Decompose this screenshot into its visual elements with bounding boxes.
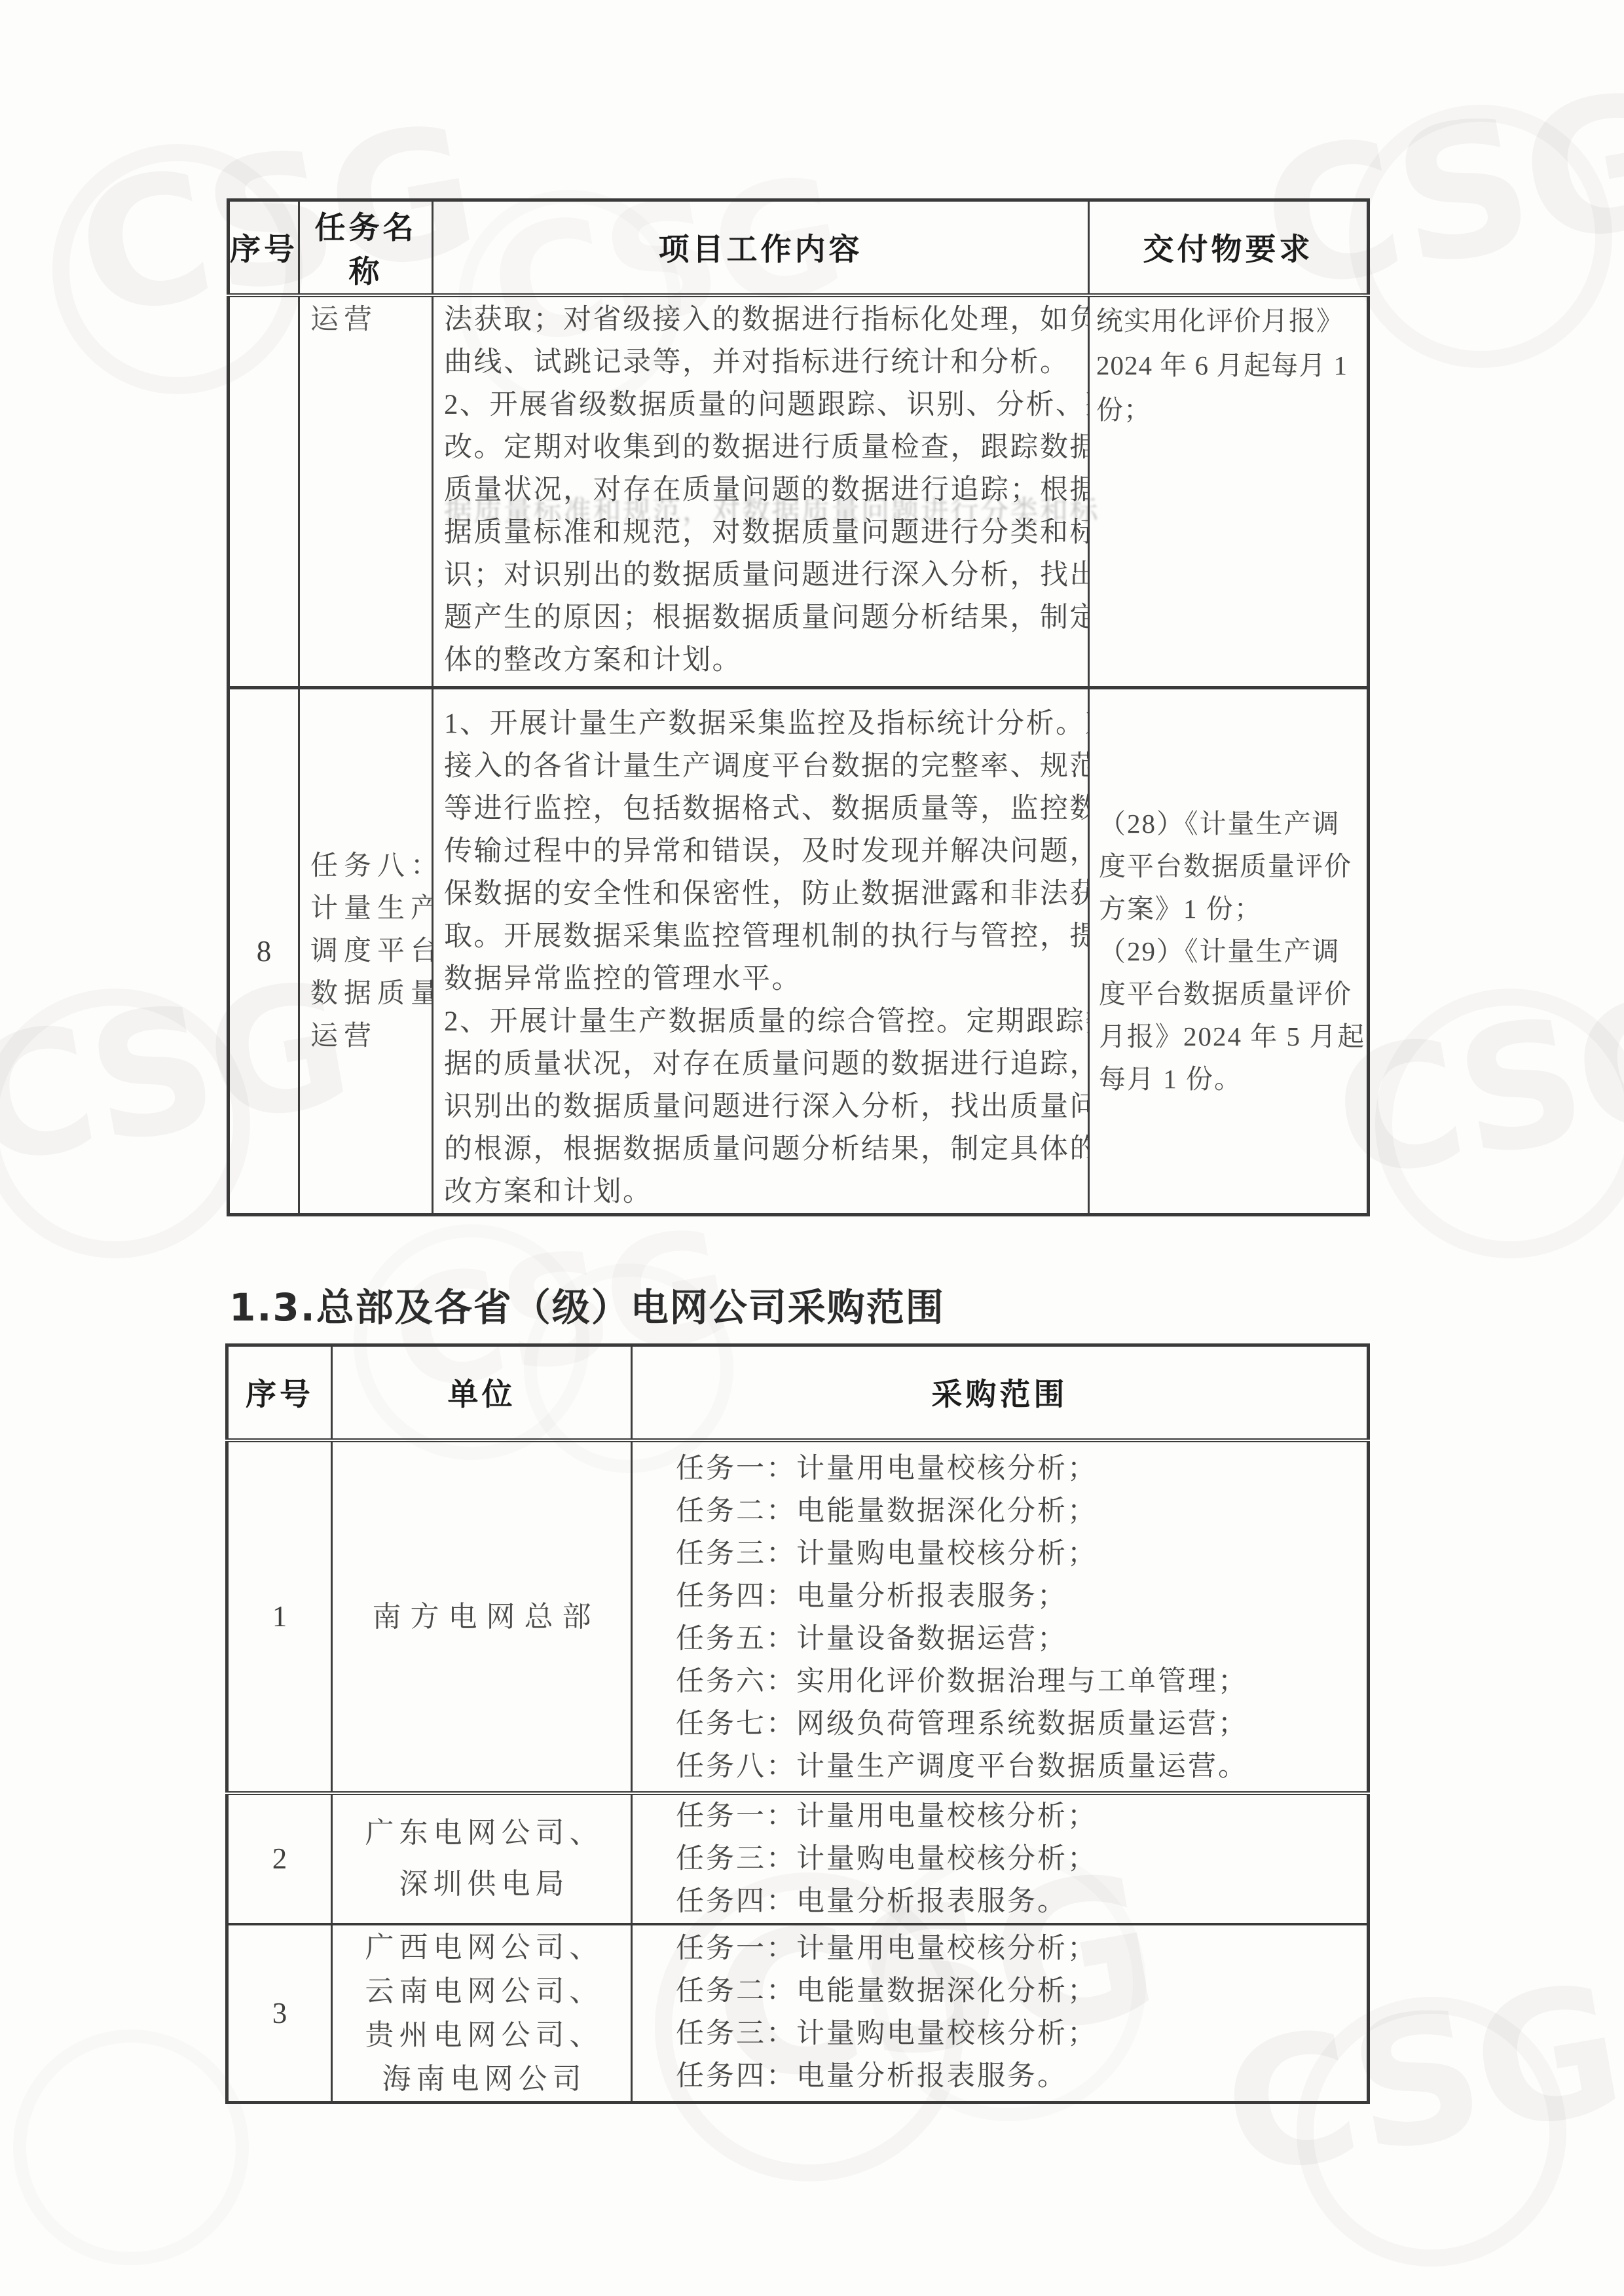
text-line: 深圳供电局 [333, 1859, 631, 1910]
task-name-cell: 运营 [299, 295, 433, 688]
text-line: 任务二：电能量数据深化分析； [676, 1490, 1367, 1533]
text-line: 统实用化评价月报》 [1096, 299, 1364, 343]
text-line: 任务四：电量分析报表服务。 [676, 2055, 1367, 2098]
serial-cell: 8 [229, 688, 299, 1215]
serial-cell: 3 [227, 1924, 332, 2103]
watermark-ring [0, 989, 250, 1258]
deliverable-cell: 统实用化评价月报》2024 年 6 月起每月 1份； [1089, 295, 1369, 688]
text-line: 体的整改方案和计划。 [444, 639, 1084, 682]
unit-cell: 广东电网公司、深圳供电局 [332, 1793, 632, 1924]
text-line: 据质量标准和规范，对数据质量问题进行分类和标 [444, 511, 1084, 554]
table-row-hq: 1 南方电网总部 任务一：计量用电量校核分析；任务二：电能量数据深化分析；任务三… [227, 1440, 1369, 1793]
text-line: 份； [1096, 388, 1364, 432]
table-row-provinces: 3 广西电网公司、云南电网公司、贵州电网公司、海南电网公司 任务一：计量用电量校… [227, 1924, 1369, 2103]
text-line: 运营 [310, 1015, 432, 1058]
table-row-guangdong: 2 广东电网公司、深圳供电局 任务一：计量用电量校核分析；任务三：计量购电量校核… [227, 1793, 1369, 1924]
work-content-cell: 法获取；对省级接入的数据进行指标化处理，如负荷曲线、试跳记录等，并对指标进行统计… [433, 295, 1089, 688]
procurement-scope-table: 序号 单位 采购范围 1 南方电网总部 任务一：计量用电量校核分析；任务二：电能… [225, 1343, 1370, 2104]
text-line: 广东电网公司、 [333, 1808, 631, 1859]
text-line: 识；对识别出的数据质量问题进行深入分析，找出问 [444, 554, 1084, 596]
table1-header-row: 序号 任务名称 项目工作内容 交付物要求 [229, 200, 1369, 295]
text-line: 改方案和计划。 [444, 1171, 1084, 1213]
text-line: 度平台数据质量评价 [1099, 845, 1367, 888]
text-line: 接入的各省计量生产调度平台数据的完整率、规范率 [444, 745, 1084, 788]
text-line: 度平台数据质量评价 [1099, 973, 1367, 1015]
table1-header-serial: 序号 [229, 200, 299, 295]
table2-header-serial: 序号 [227, 1345, 332, 1440]
text-line: 计量生产 [310, 888, 432, 930]
table2-header-scope: 采购范围 [632, 1345, 1369, 1440]
text-line: 任务一：计量用电量校核分析； [676, 1795, 1367, 1838]
table-row-continuation: 运营 法获取；对省级接入的数据进行指标化处理，如负荷曲线、试跳记录等，并对指标进… [229, 295, 1369, 688]
text-line: 2024 年 6 月起每月 1 [1096, 343, 1364, 388]
text-line: 传输过程中的异常和错误，及时发现并解决问题，确 [444, 830, 1084, 873]
text-line: 任务三：计量购电量校核分析； [676, 1838, 1367, 1880]
text-line: 月报》2024 年 5 月起 [1099, 1015, 1367, 1058]
text-line: 等进行监控，包括数据格式、数据质量等，监控数据 [444, 788, 1084, 830]
task-name-cell: 任务八：计量生产调度平台数据质量运营 [299, 688, 433, 1215]
serial-cell [229, 295, 299, 688]
text-line: 的根源，根据数据质量问题分析结果，制定具体的整 [444, 1128, 1084, 1171]
table1-header-deliverable: 交付物要求 [1089, 200, 1369, 295]
task-deliverable-table: 序号 任务名称 项目工作内容 交付物要求 运营 法获取；对省级接入的数据进行指标… [227, 198, 1370, 1216]
text-line: 运营 [310, 299, 432, 341]
scanned-document-page: CSG CSG CSG CSG CSG CSG CSG CSG 序号 [0, 0, 1624, 2296]
watermark-ring [1349, 105, 1612, 368]
text-line: 任务三：计量购电量校核分析； [676, 2013, 1367, 2055]
unit-cell: 广西电网公司、云南电网公司、贵州电网公司、海南电网公司 [332, 1924, 632, 2103]
text-line: 数据质量 [310, 973, 432, 1015]
text-line: 广西电网公司、 [333, 1925, 631, 1969]
text-line: 海南电网公司 [333, 2057, 631, 2101]
text-line: 任务三：计量购电量校核分析； [676, 1533, 1367, 1575]
watermark-ring [1375, 989, 1624, 1258]
text-line: 任务八： [310, 845, 432, 888]
table2-header-row: 序号 单位 采购范围 [227, 1345, 1369, 1440]
serial-cell: 2 [227, 1793, 332, 1924]
text-line: 保数据的安全性和保密性，防止数据泄露和非法获 [444, 873, 1084, 915]
unit-cell: 南方电网总部 [332, 1440, 632, 1793]
scope-cell: 任务一：计量用电量校核分析；任务二：电能量数据深化分析；任务三：计量购电量校核分… [632, 1924, 1369, 2103]
table2-header-unit: 单位 [332, 1345, 632, 1440]
work-content-cell: 1、开展计量生产数据采集监控及指标统计分析。对接入的各省计量生产调度平台数据的完… [433, 688, 1089, 1215]
text-line: 贵州电网公司、 [333, 2013, 631, 2057]
text-line: 南方电网总部 [333, 1595, 631, 1638]
text-line: 每月 1 份。 [1099, 1058, 1367, 1101]
text-line: 2、开展计量生产数据质量的综合管控。定期跟踪数 [444, 1000, 1084, 1043]
text-line: 调度平台 [310, 930, 432, 973]
text-line: 任务五：计量设备数据运营； [676, 1618, 1367, 1660]
table-row-task8: 8 任务八：计量生产调度平台数据质量运营 1、开展计量生产数据采集监控及指标统计… [229, 688, 1369, 1215]
text-line: 任务六：实用化评价数据治理与工单管理； [676, 1660, 1367, 1703]
text-line: 法获取；对省级接入的数据进行指标化处理，如负荷 [444, 299, 1084, 341]
text-line: 曲线、试跳记录等，并对指标进行统计和分析。 [444, 341, 1084, 384]
text-line: 2、开展省级数据质量的问题跟踪、识别、分析、整 [444, 384, 1084, 426]
text-line: 方案》1 份； [1099, 888, 1367, 930]
text-line: 任务二：电能量数据深化分析； [676, 1970, 1367, 2013]
text-line: 改。定期对收集到的数据进行质量检查，跟踪数据的 [444, 426, 1084, 469]
text-line: 任务一：计量用电量校核分析； [676, 1927, 1367, 1970]
text-line: 数据异常监控的管理水平。 [444, 958, 1084, 1000]
text-line: 任务七：网级负荷管理系统数据质量运营； [676, 1703, 1367, 1745]
serial-cell: 1 [227, 1440, 332, 1793]
watermark-ring [13, 2030, 249, 2265]
text-line: 云南电网公司、 [333, 1969, 631, 2013]
text-line: 任务四：电量分析报表服务。 [676, 1880, 1367, 1923]
table1-header-work-content: 项目工作内容 [433, 200, 1089, 295]
text-line: 质量状况，对存在质量问题的数据进行追踪；根据数 [444, 469, 1084, 511]
text-line: 1、开展计量生产数据采集监控及指标统计分析。对 [444, 702, 1084, 745]
text-line: 任务八：计量生产调度平台数据质量运营。 [676, 1745, 1367, 1788]
text-line: （29）《计量生产调 [1099, 930, 1367, 973]
deliverable-cell: （28）《计量生产调度平台数据质量评价方案》1 份；（29）《计量生产调度平台数… [1089, 688, 1369, 1215]
text-line: 取。开展数据采集监控管理机制的执行与管控，提升 [444, 915, 1084, 958]
text-line: 任务四：电量分析报表服务； [676, 1575, 1367, 1618]
text-line: 任务一：计量用电量校核分析； [676, 1448, 1367, 1490]
text-line: 据的质量状况，对存在质量问题的数据进行追踪，对 [444, 1043, 1084, 1085]
text-line: （28）《计量生产调 [1099, 803, 1367, 845]
section-heading: 1.3.总部及各省（级）电网公司采购范围 [229, 1277, 945, 1332]
text-line: 识别出的数据质量问题进行深入分析，找出质量问题 [444, 1085, 1084, 1128]
scope-cell: 任务一：计量用电量校核分析；任务三：计量购电量校核分析；任务四：电量分析报表服务… [632, 1793, 1369, 1924]
text-line: 题产生的原因；根据数据质量问题分析结果，制定具 [444, 596, 1084, 639]
scope-cell: 任务一：计量用电量校核分析；任务二：电能量数据深化分析；任务三：计量购电量校核分… [632, 1440, 1369, 1793]
table1-header-task-name: 任务名称 [299, 200, 433, 295]
